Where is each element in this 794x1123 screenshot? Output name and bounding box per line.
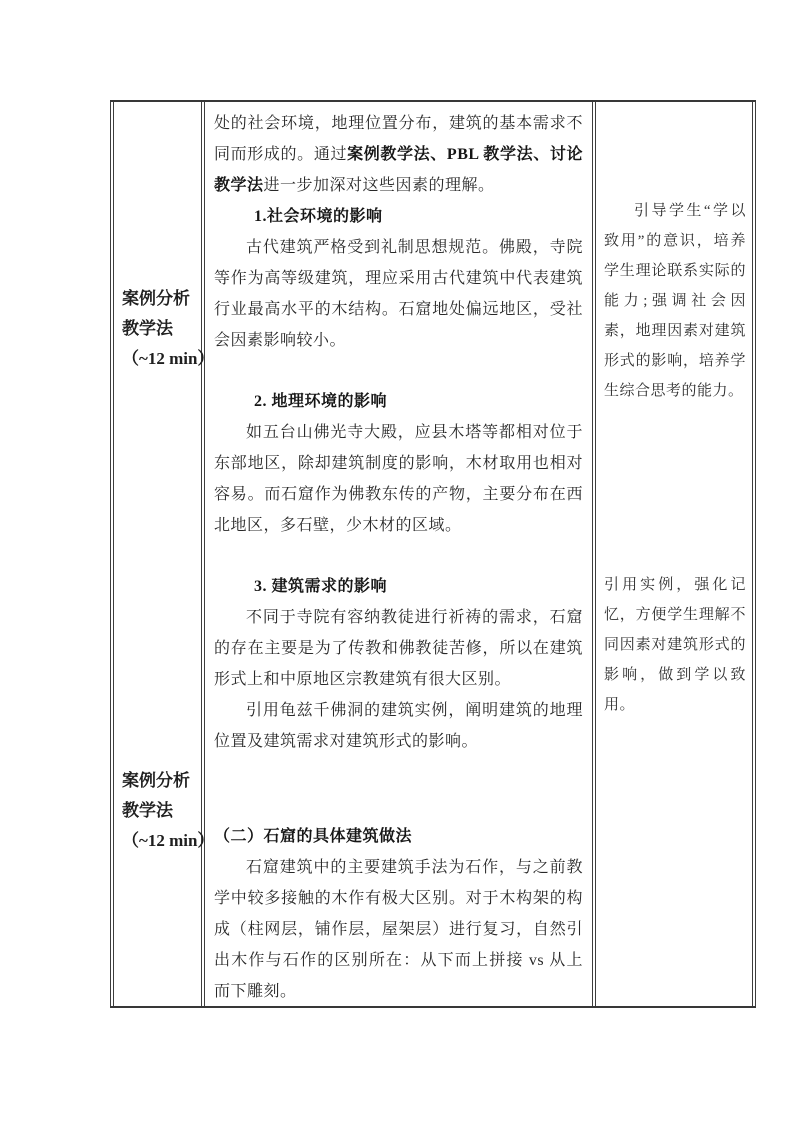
paragraph-building-demand: 不同于寺院有容纳教徒进行祈祷的需求，石窟的存在主要是为了传教和佛教徒苦修，所以在… — [214, 602, 583, 695]
method-label-2-duration: （~12 min） — [122, 826, 201, 856]
lesson-plan-page: 案例分析 教学法 （~12 min） 案例分析 教学法 （~12 min） 处的… — [0, 0, 794, 1123]
intro-paragraph: 处的社会环境，地理位置分布，建筑的基本需求不同而形成的。通过案例教学法、PBL … — [214, 108, 583, 201]
method-label-1: 案例分析 教学法 （~12 min） — [114, 284, 201, 374]
paragraph-qiuci-example: 引用龟兹千佛洞的建筑实例，阐明建筑的地理位置及建筑需求对建筑形式的影响。 — [214, 695, 583, 757]
method-column: 案例分析 教学法 （~12 min） 案例分析 教学法 （~12 min） — [110, 102, 205, 1006]
heading-social-environment: 1.社会环境的影响 — [214, 201, 583, 232]
method-label-2: 案例分析 教学法 （~12 min） — [114, 766, 201, 856]
method-label-1-duration: （~12 min） — [122, 344, 201, 374]
design-note-1: 引导学生“学以致用”的意识，培养学生理论联系实际的能力;强调社会因素，地理因素对… — [596, 196, 752, 406]
method-label-2-line1: 案例分析 — [122, 766, 201, 796]
paragraph-social-environment: 古代建筑严格受到礼制思想规范。佛殿，寺院等作为高等级建筑，理应采用古代建筑中代表… — [214, 232, 583, 356]
method-label-1-line2: 教学法 — [122, 314, 201, 344]
method-label-2-line2: 教学法 — [122, 796, 201, 826]
paragraph-stonework: 石窟建筑中的主要建筑手法为石作，与之前教学中较多接触的木作有极大区别。对于木构架… — [214, 852, 583, 1006]
heading-building-demand: 3. 建筑需求的影响 — [214, 571, 583, 602]
notes-column: 引导学生“学以致用”的意识，培养学生理论联系实际的能力;强调社会因素，地理因素对… — [596, 102, 756, 1006]
paragraph-geographic-environment: 如五台山佛光寺大殿，应县木塔等都相对位于东部地区，除却建筑制度的影响，木材取用也… — [214, 417, 583, 541]
heading-grotto-construction: （二）石窟的具体建筑做法 — [214, 821, 583, 852]
lesson-plan-table: 案例分析 教学法 （~12 min） 案例分析 教学法 （~12 min） 处的… — [110, 100, 756, 1008]
design-note-2: 引用实例，强化记忆，方便学生理解不同因素对建筑形式的影响，做到学以致用。 — [596, 570, 752, 720]
heading-geographic-environment: 2. 地理环境的影响 — [214, 386, 583, 417]
method-label-1-line1: 案例分析 — [122, 284, 201, 314]
content-column: 处的社会环境，地理位置分布，建筑的基本需求不同而形成的。通过案例教学法、PBL … — [205, 102, 596, 1006]
intro-post: 进一步加深对这些因素的理解。 — [264, 177, 495, 194]
